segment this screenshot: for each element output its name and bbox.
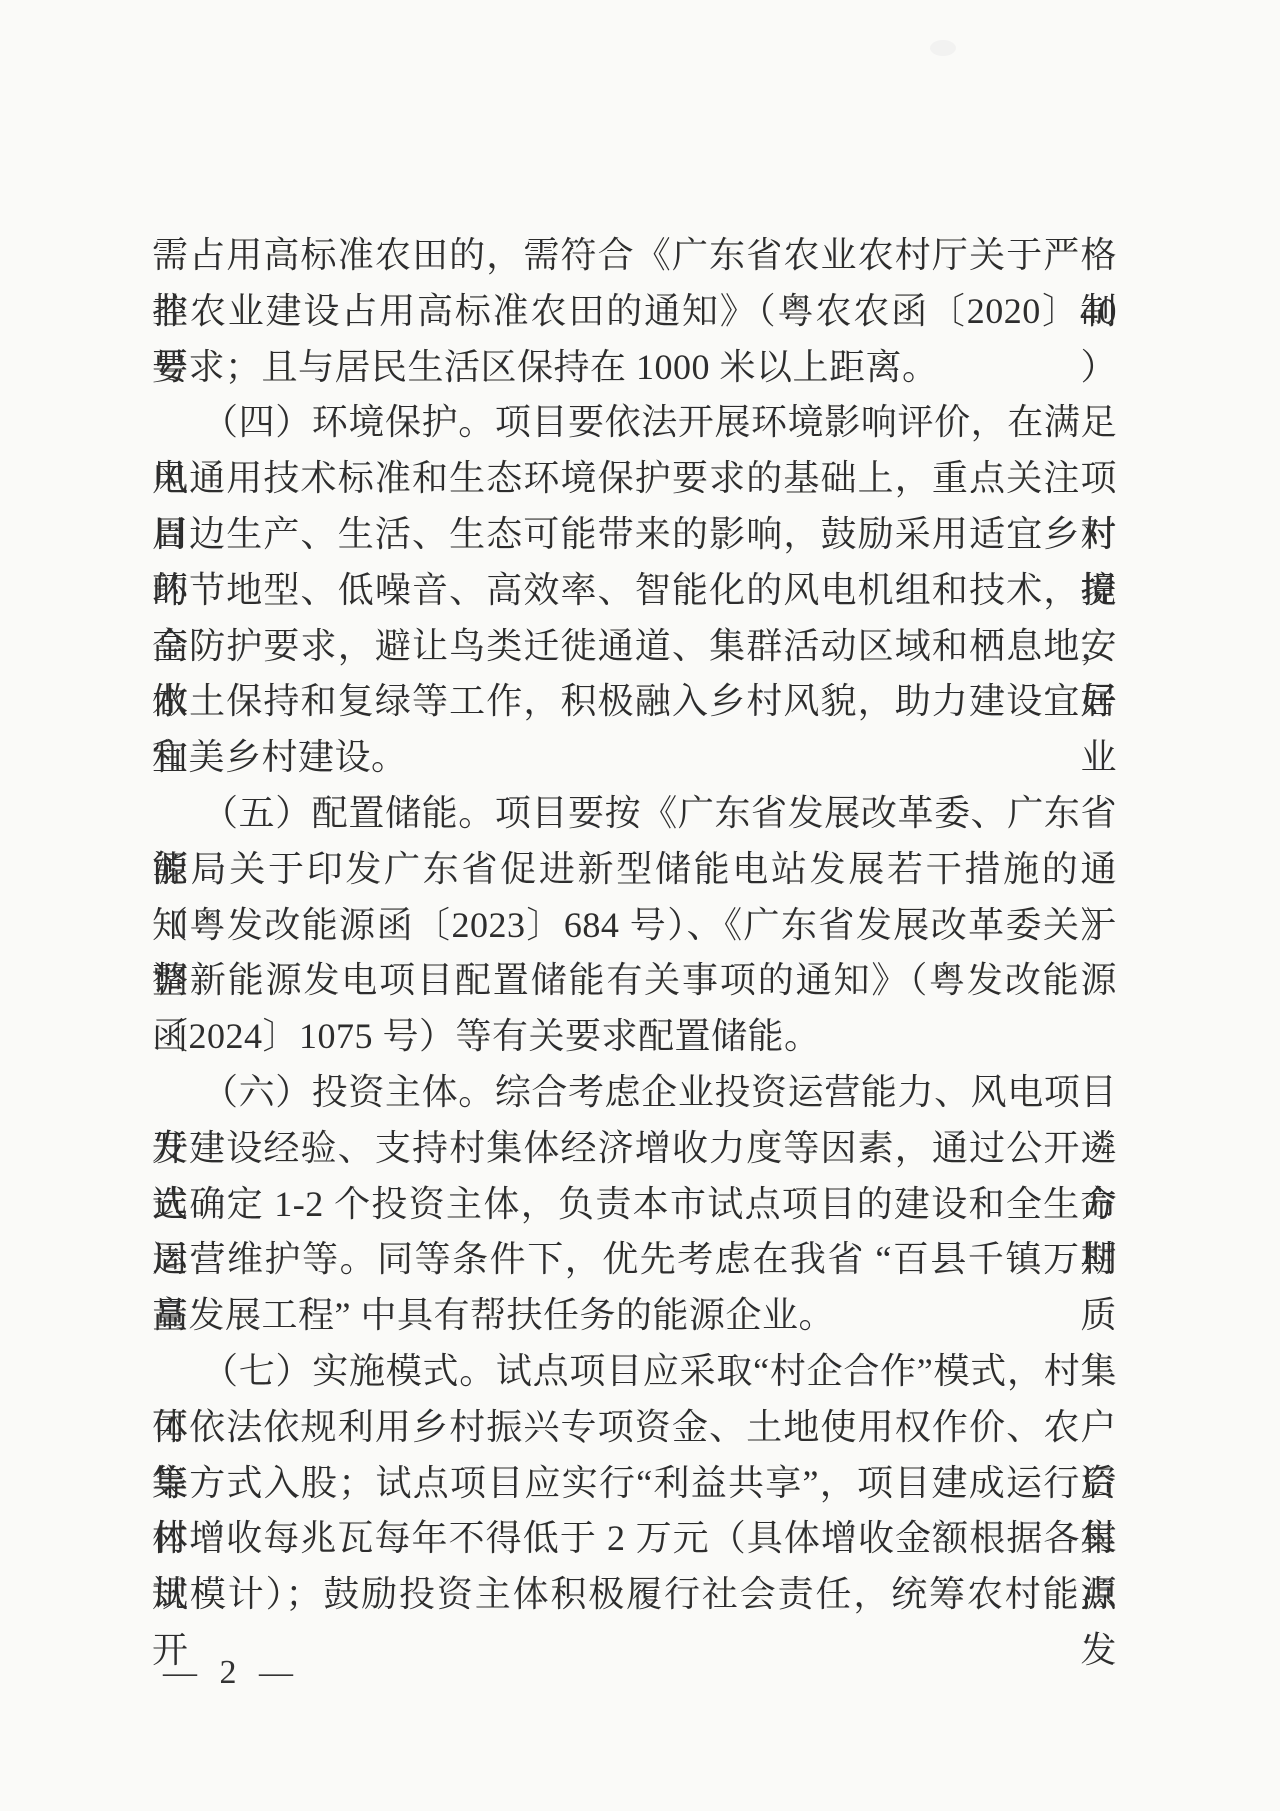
document-line: 式确定 1-2 个投资主体，负责本市试点项目的建设和全生命周期 [152, 1177, 1117, 1233]
document-line: 等方式入股；试点项目应实行“利益共享”，项目建成运行后村集 [152, 1456, 1117, 1512]
document-line: （四）环境保护。项目要依法开展环境影响评价，在满足风 [152, 395, 1117, 451]
document-line: 周边生产、生活、生态可能带来的影响，鼓励采用适宜乡村环境 [152, 507, 1117, 563]
document-line: 整新能源发电项目配置储能有关事项的通知》（粤发改能源函 [152, 953, 1117, 1009]
document-line: 电通用技术标准和生态环境保护要求的基础上，重点关注项目对 [152, 451, 1117, 507]
document-line: （粤发改能源函〔2023〕684 号）、《广东省发展改革委关于调 [152, 898, 1117, 954]
document-line: 的节地型、低噪音、高效率、智能化的风电机组和技术，提高安 [152, 563, 1117, 619]
document-line: 发建设经验、支持村集体经济增收力度等因素，通过公开遴选方 [152, 1121, 1117, 1177]
document-line: 规模计）；鼓励投资主体积极履行社会责任，统筹农村能源开发 [152, 1567, 1117, 1623]
document-line: 体增收每兆瓦每年不得低于 2 万元（具体增收金额根据各村试点 [152, 1511, 1117, 1567]
document-body: 需占用高标准农田的，需符合《广东省农业农村厅关于严格控制 非农业建设占用高标准农… [152, 228, 1117, 1623]
document-line: 〔2024〕1075 号）等有关要求配置储能。 [152, 1009, 1117, 1065]
document-page: 需占用高标准农田的，需符合《广东省农业农村厅关于严格控制 非农业建设占用高标准农… [0, 0, 1280, 1811]
document-line: 可依法依规利用乡村振兴专项资金、土地使用权作价、农户集资 [152, 1400, 1117, 1456]
document-line: 需占用高标准农田的，需符合《广东省农业农村厅关于严格控制 [152, 228, 1117, 284]
scan-smudge [930, 40, 956, 56]
document-line: 非农业建设占用高标准农田的通知》（粤农农函〔2020〕40 号） [152, 284, 1117, 340]
document-line: 运营维护等。同等条件下，优先考虑在我省 “百县千镇万村高质 [152, 1232, 1117, 1288]
page-number: — 2 — [163, 1648, 300, 1698]
document-line: （七）实施模式。试点项目应采取“村企合作”模式，村集体 [152, 1344, 1117, 1400]
document-line: 源局关于印发广东省促进新型储能电站发展若干措施的通知》 [152, 842, 1117, 898]
document-line: 全防护要求，避让鸟类迁徙通道、集群活动区域和栖息地，做好 [152, 619, 1117, 675]
document-line: （五）配置储能。项目要按《广东省发展改革委、广东省能 [152, 786, 1117, 842]
document-line: 水土保持和复绿等工作，积极融入乡村风貌，助力建设宜居宜业 [152, 674, 1117, 730]
document-line: （六）投资主体。综合考虑企业投资运营能力、风电项目开 [152, 1065, 1117, 1121]
